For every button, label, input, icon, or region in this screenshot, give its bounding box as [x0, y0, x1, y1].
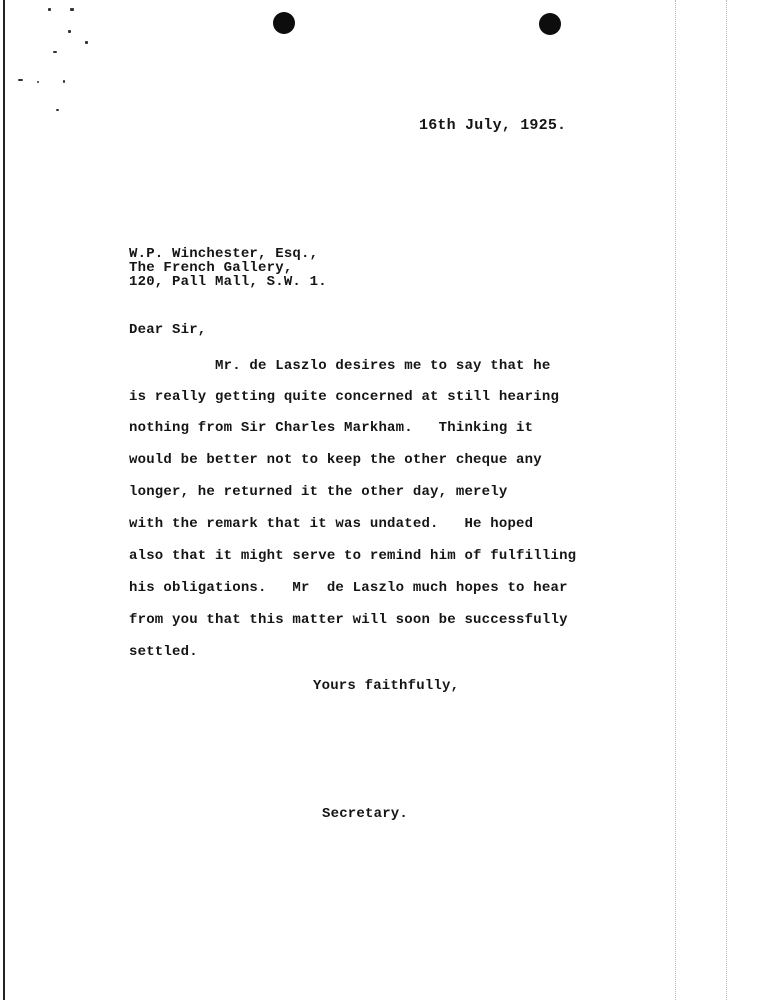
signature-title: Secretary.	[322, 806, 408, 822]
fold-line	[726, 0, 727, 1000]
body-line: nothing from Sir Charles Markham. Thinki…	[129, 420, 533, 436]
punch-hole-left	[273, 12, 295, 34]
body-line: would be better not to keep the other ch…	[129, 452, 542, 468]
scan-speck	[37, 81, 39, 83]
scan-speck	[85, 41, 88, 44]
scan-speck	[63, 80, 65, 83]
page-edge-shadow	[3, 0, 5, 1000]
body-line: also that it might serve to remind him o…	[129, 548, 576, 564]
body-line: with the remark that it was undated. He …	[129, 516, 533, 532]
body-line: from you that this matter will soon be s…	[129, 612, 568, 628]
letter-date: 16th July, 1925.	[419, 118, 566, 134]
recipient-address: 120, Pall Mall, S.W. 1.	[129, 274, 327, 290]
salutation: Dear Sir,	[129, 322, 206, 338]
body-line: is really getting quite concerned at sti…	[129, 389, 559, 405]
closing: Yours faithfully,	[313, 678, 459, 694]
punch-hole-right	[539, 13, 561, 35]
scan-speck	[70, 8, 74, 11]
scan-speck	[18, 79, 23, 81]
body-line: settled.	[129, 644, 198, 660]
scan-speck	[56, 109, 59, 111]
scan-speck	[48, 8, 51, 11]
body-line: his obligations. Mr de Laszlo much hopes…	[129, 580, 568, 596]
letter-page: 16th July, 1925. W.P. Winchester, Esq., …	[0, 0, 772, 1000]
body-line: longer, he returned it the other day, me…	[129, 484, 507, 500]
body-line: Mr. de Laszlo desires me to say that he	[129, 358, 550, 374]
scan-speck	[68, 30, 71, 33]
scan-speck	[53, 51, 57, 53]
fold-line	[675, 0, 676, 1000]
